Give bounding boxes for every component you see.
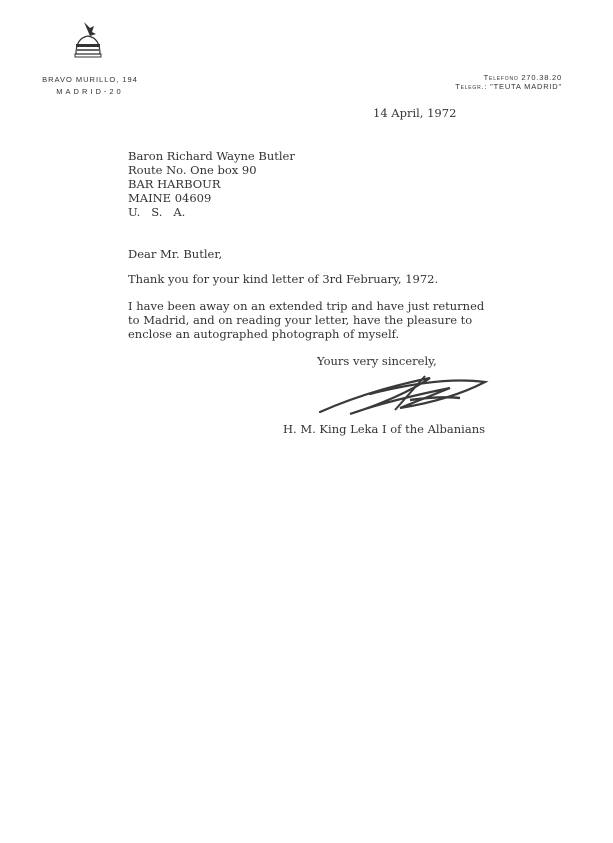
letterhead-telephone: Telefono 270.38.20 (400, 73, 562, 82)
body-line: to Madrid, and on reading your letter, h… (128, 313, 484, 327)
body-paragraph-2: I have been away on an extended trip and… (128, 299, 484, 341)
closing: Yours very sincerely, (317, 354, 437, 368)
letterhead-street: BRAVO MURILLO, 194 (40, 75, 140, 84)
handwritten-signature-icon (310, 370, 495, 420)
crested-helmet-icon (70, 20, 106, 60)
letter-date: 14 April, 1972 (373, 106, 456, 120)
recipient-line: BAR HARBOUR (128, 177, 295, 191)
recipient-address: Baron Richard Wayne Butler Route No. One… (128, 149, 295, 219)
body-paragraph-1: Thank you for your kind letter of 3rd Fe… (128, 272, 438, 286)
letterhead-address: BRAVO MURILLO, 194 MADRID-20 (40, 75, 140, 96)
body-line: enclose an autographed photograph of mys… (128, 327, 484, 341)
body-line: I have been away on an extended trip and… (128, 299, 484, 313)
recipient-line: MAINE 04609 (128, 191, 295, 205)
recipient-line: Baron Richard Wayne Butler (128, 149, 295, 163)
signatory-name: H. M. King Leka I of the Albanians (283, 422, 485, 436)
letterhead-contact: Telefono 270.38.20 Telegr.: "TEUTA MADRI… (400, 73, 562, 91)
letterhead-telegram: Telegr.: "TEUTA MADRID" (400, 82, 562, 91)
recipient-line: Route No. One box 90 (128, 163, 295, 177)
letterhead-city: MADRID-20 (40, 87, 140, 96)
salutation: Dear Mr. Butler, (128, 247, 222, 261)
recipient-line: U. S. A. (128, 205, 295, 219)
